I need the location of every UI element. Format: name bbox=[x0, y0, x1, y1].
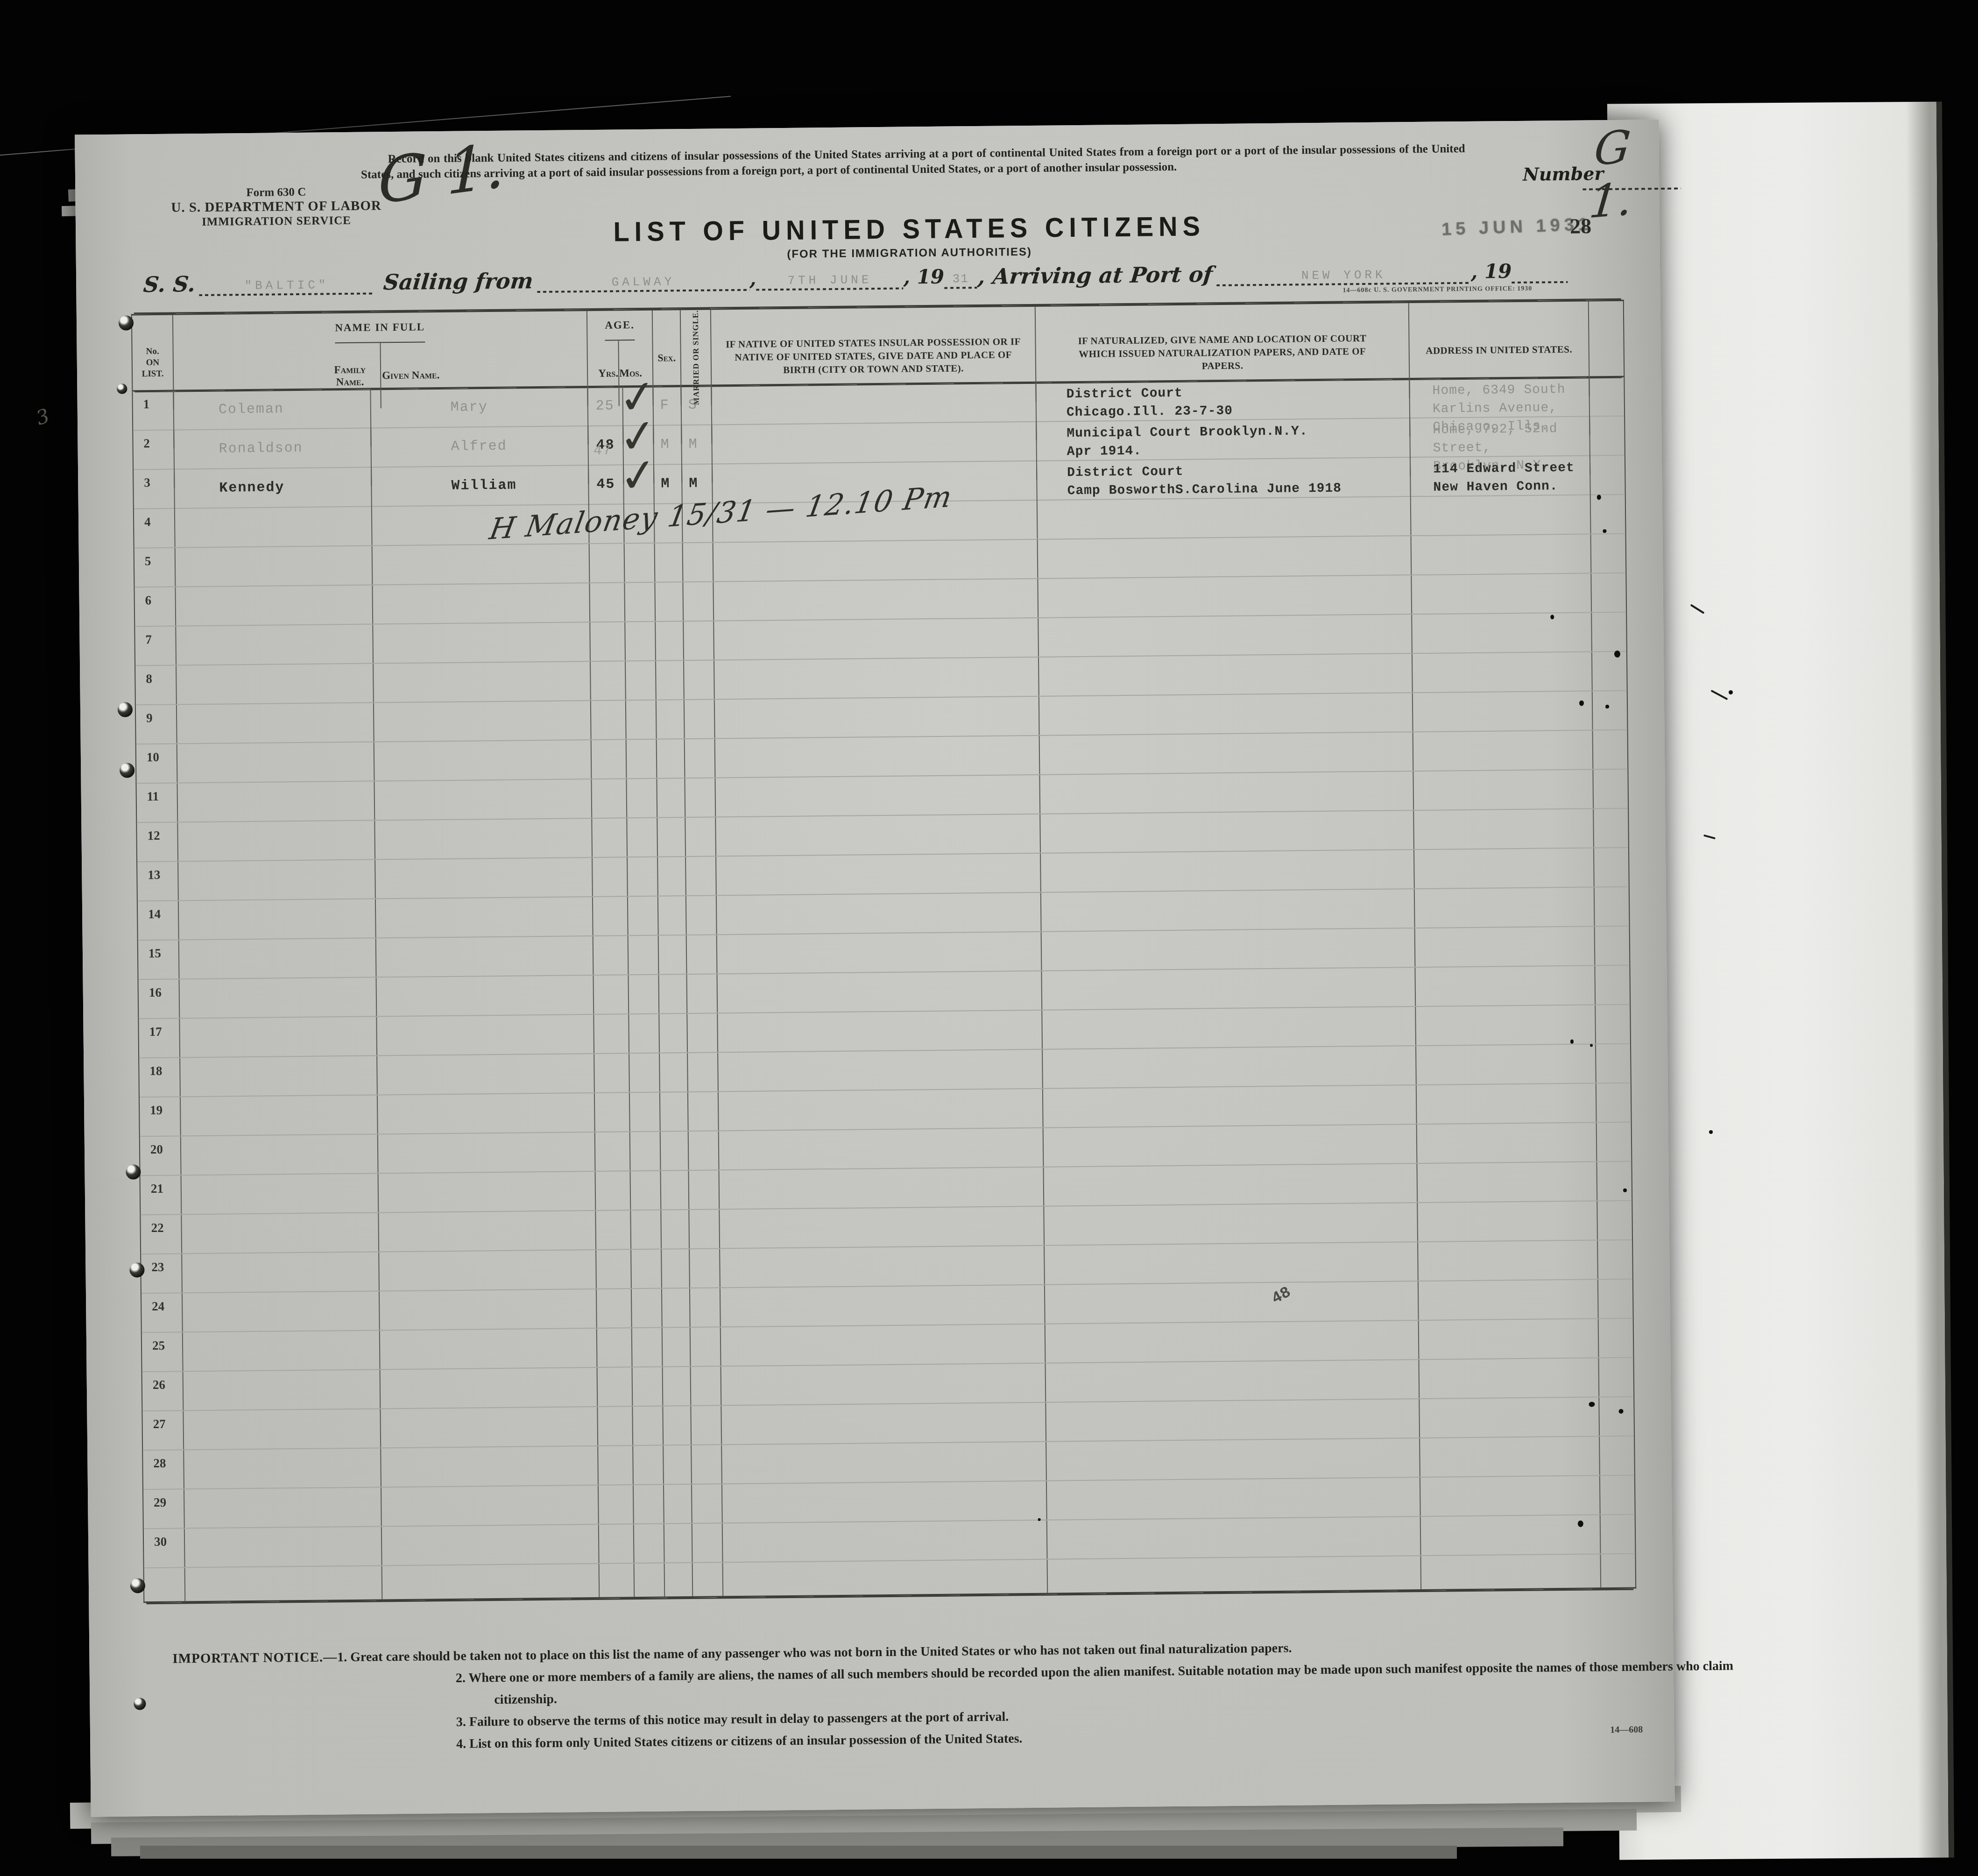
cell-birth bbox=[716, 893, 1041, 934]
cell-married-single bbox=[686, 974, 717, 1013]
cell-court bbox=[1046, 1438, 1420, 1480]
cell-family-name bbox=[179, 1017, 376, 1057]
cell-age-mos bbox=[629, 1132, 660, 1171]
cell-married-single bbox=[684, 700, 714, 738]
cell-court bbox=[1045, 1321, 1419, 1363]
cell-birth bbox=[721, 1403, 1046, 1444]
cell-given-name: William bbox=[371, 466, 588, 507]
cell-address bbox=[1410, 495, 1590, 535]
cell-family-name bbox=[182, 1291, 379, 1331]
row-number: 8 bbox=[135, 666, 176, 705]
row-number: 30 bbox=[144, 1529, 184, 1567]
cell-birth bbox=[714, 775, 1039, 817]
cell-birth bbox=[721, 1364, 1046, 1405]
cell-birth bbox=[718, 1128, 1043, 1170]
cell-blank bbox=[1593, 809, 1627, 848]
cell-address bbox=[1413, 809, 1593, 849]
comma: , bbox=[749, 267, 756, 291]
row-number: 9 bbox=[136, 705, 177, 744]
cell-birth bbox=[714, 736, 1039, 778]
cell-court bbox=[1043, 1164, 1417, 1206]
cell-age-mos: ✓ bbox=[623, 465, 654, 505]
row-number: 20 bbox=[140, 1136, 181, 1175]
cell-age-yrs bbox=[593, 1054, 629, 1092]
cell-court bbox=[1037, 536, 1411, 578]
cell-married-single bbox=[687, 1092, 718, 1131]
department-name: U. S. DEPARTMENT OF LABOR bbox=[141, 198, 412, 216]
cell-court: District Court Camp BosworthS.Carolina J… bbox=[1036, 458, 1410, 501]
cell-married-single bbox=[682, 543, 713, 581]
cell-blank bbox=[1589, 456, 1624, 496]
cell-court bbox=[1046, 1517, 1420, 1559]
cell-court bbox=[1039, 732, 1413, 774]
cell-address bbox=[1418, 1319, 1598, 1359]
cell-age-mos bbox=[633, 1524, 664, 1563]
cell-court bbox=[1039, 811, 1413, 853]
cell-family-name bbox=[179, 1056, 377, 1096]
cell-court bbox=[1042, 1046, 1416, 1088]
cell-given-name bbox=[374, 819, 592, 859]
cell-address bbox=[1417, 1240, 1597, 1281]
cell-birth bbox=[717, 1011, 1042, 1052]
cell-address bbox=[1413, 770, 1593, 810]
cell-sex bbox=[658, 975, 686, 1013]
cell-birth bbox=[713, 618, 1038, 660]
row-number: 10 bbox=[136, 744, 177, 783]
row-number: 27 bbox=[142, 1411, 183, 1450]
cell-given-name bbox=[376, 1054, 594, 1094]
cell-sex bbox=[660, 1171, 689, 1210]
cell-sex bbox=[663, 1445, 691, 1484]
cell-address bbox=[1416, 1123, 1597, 1163]
cell-age-mos bbox=[626, 740, 657, 779]
cell-sex bbox=[660, 1210, 689, 1249]
cell-given-name bbox=[372, 544, 589, 584]
cell-sex bbox=[657, 857, 685, 896]
cell-married-single bbox=[691, 1445, 721, 1484]
cell-age-mos bbox=[627, 857, 657, 896]
cell-age-mos bbox=[630, 1211, 661, 1249]
cell-family-name bbox=[175, 585, 372, 625]
cell-family-name bbox=[174, 507, 372, 547]
year-printed-1: , 19 bbox=[903, 265, 944, 290]
cell-age-yrs: 45 bbox=[588, 465, 623, 505]
cell-family-name bbox=[177, 860, 375, 900]
cell-married-single bbox=[688, 1210, 719, 1248]
cell-blank bbox=[1599, 1437, 1633, 1475]
cell-sex bbox=[655, 622, 683, 660]
ink-speck bbox=[1038, 1518, 1041, 1521]
cell-sex bbox=[659, 1053, 687, 1092]
cell-court bbox=[1037, 575, 1411, 617]
hole-punch bbox=[129, 1262, 144, 1277]
cell-address bbox=[1412, 691, 1592, 731]
cell-age-yrs bbox=[595, 1171, 630, 1210]
cell-age-mos bbox=[632, 1407, 663, 1445]
row-number: 26 bbox=[142, 1372, 183, 1410]
cell-blank bbox=[1596, 1123, 1631, 1161]
hole-punch bbox=[130, 1578, 145, 1593]
cell-sex bbox=[656, 739, 685, 778]
ink-speck bbox=[1570, 1040, 1574, 1044]
cell-address bbox=[1417, 1201, 1597, 1241]
cell-blank bbox=[1590, 573, 1625, 612]
cell-given-name bbox=[381, 1486, 598, 1526]
cell-age-yrs bbox=[590, 701, 626, 739]
cell-address bbox=[1419, 1437, 1599, 1477]
cell-given-name bbox=[379, 1329, 597, 1369]
cell-court bbox=[1044, 1281, 1418, 1324]
cell-court bbox=[1042, 1085, 1416, 1127]
cell-birth bbox=[717, 1050, 1042, 1091]
cell-age-yrs bbox=[592, 857, 627, 896]
cell-court bbox=[1045, 1399, 1419, 1441]
cell-age-yrs bbox=[592, 897, 628, 935]
cell-married-single bbox=[692, 1523, 722, 1562]
cell-given-name bbox=[376, 1015, 593, 1055]
table-body: 1ColemanMary25✓FSDistrict Court Chicago.… bbox=[133, 377, 1635, 1569]
cell-birth bbox=[715, 854, 1040, 895]
year-printed-2: , 19 bbox=[1470, 259, 1512, 284]
cell-address bbox=[1416, 1162, 1597, 1202]
cell-age-mos bbox=[629, 1093, 660, 1132]
cell-sex bbox=[658, 1014, 687, 1053]
cell-married-single bbox=[685, 857, 716, 895]
cell-sex bbox=[660, 1132, 688, 1170]
cell-court bbox=[1043, 1203, 1417, 1245]
col-header-court: IF NATURALIZED, GIVE NAME AND LOCATION O… bbox=[1036, 331, 1409, 374]
cell-family-name bbox=[180, 1134, 378, 1175]
cell-age-mos bbox=[631, 1289, 662, 1328]
cell-address bbox=[1419, 1397, 1599, 1437]
cell-given-name bbox=[372, 583, 589, 623]
cell-birth bbox=[713, 579, 1038, 621]
cell-age-mos bbox=[624, 622, 655, 661]
cell-address bbox=[1418, 1280, 1598, 1320]
cell-married-single bbox=[688, 1131, 719, 1170]
cell-address bbox=[1414, 887, 1594, 927]
cell-age-mos bbox=[629, 1054, 659, 1092]
cell-family-name bbox=[176, 664, 373, 704]
cell-married-single bbox=[689, 1249, 720, 1288]
cell-address bbox=[1412, 652, 1592, 692]
cell-blank bbox=[1594, 927, 1629, 965]
row-number: 7 bbox=[135, 627, 176, 665]
sailing-date-field: 7TH JUNE bbox=[756, 266, 903, 291]
row-number: 18 bbox=[139, 1058, 180, 1097]
ink-speck bbox=[1614, 651, 1620, 658]
col-header-address: ADDRESS IN UNITED STATES. bbox=[1419, 342, 1579, 357]
cell-age-mos bbox=[626, 818, 657, 857]
cell-birth bbox=[722, 1521, 1047, 1562]
cell-married-single bbox=[683, 621, 713, 660]
cell-birth bbox=[716, 971, 1041, 1013]
cell-age-yrs bbox=[598, 1524, 634, 1563]
cell-family-name bbox=[181, 1174, 378, 1214]
cell-address bbox=[1413, 730, 1593, 771]
cell-birth bbox=[713, 540, 1038, 581]
cell-age-yrs bbox=[594, 1093, 629, 1132]
cell-blank bbox=[1597, 1280, 1632, 1318]
cell-sex bbox=[664, 1524, 692, 1563]
row-number: 5 bbox=[134, 548, 175, 587]
ink-speck bbox=[1623, 1189, 1627, 1192]
cell-family-name bbox=[183, 1409, 380, 1449]
title-block: LIST OF UNITED STATES CITIZENS (FOR THE … bbox=[258, 207, 1561, 266]
cell-address bbox=[1415, 1005, 1595, 1045]
cell-birth bbox=[713, 658, 1038, 699]
sheet-number: 28 bbox=[1570, 213, 1592, 238]
cell-sex bbox=[656, 779, 685, 817]
cell-court bbox=[1041, 1007, 1415, 1049]
cell-age-yrs bbox=[589, 622, 625, 661]
cell-married-single bbox=[687, 1053, 718, 1091]
cell-age-mos bbox=[632, 1367, 663, 1406]
cell-married-single bbox=[689, 1288, 720, 1327]
cell-family-name bbox=[183, 1448, 381, 1488]
cell-family-name bbox=[178, 899, 375, 939]
cell-court bbox=[1039, 772, 1413, 814]
cell-birth bbox=[714, 697, 1039, 738]
ink-speck bbox=[1550, 615, 1554, 619]
cell-age-yrs bbox=[591, 740, 626, 779]
cell-age-mos bbox=[625, 701, 656, 739]
cell-birth bbox=[719, 1207, 1044, 1248]
cell-age-mos bbox=[624, 544, 655, 582]
cell-married-single bbox=[685, 817, 715, 856]
cell-court bbox=[1044, 1242, 1418, 1284]
cell-age-mos bbox=[627, 897, 658, 935]
ss-label: S. S. bbox=[141, 272, 200, 297]
cell-blank bbox=[1599, 1476, 1634, 1515]
arriving-label: , Arriving at Port of bbox=[976, 262, 1218, 289]
cell-court bbox=[1041, 968, 1415, 1010]
row-number: 16 bbox=[139, 980, 179, 1019]
cell-family-name bbox=[181, 1252, 379, 1292]
ink-speck bbox=[1729, 690, 1733, 694]
cell-married-single bbox=[686, 935, 717, 974]
handwritten-number-value: G 1. bbox=[1587, 118, 1664, 229]
cell-address bbox=[1420, 1515, 1600, 1555]
ink-speck bbox=[1603, 529, 1606, 533]
cell-age-yrs bbox=[593, 1014, 629, 1053]
ink-speck bbox=[1579, 701, 1584, 706]
cell-blank bbox=[1591, 652, 1626, 691]
notice-label: IMPORTANT NOTICE.— bbox=[172, 1649, 337, 1666]
cell-married-single bbox=[684, 739, 715, 778]
cell-address bbox=[1414, 927, 1595, 967]
form-print-code: 14—608 bbox=[1610, 1724, 1643, 1735]
cell-family-name bbox=[184, 1487, 381, 1528]
cell-court bbox=[1038, 693, 1413, 735]
cell-given-name bbox=[374, 858, 592, 898]
cell-sex bbox=[659, 1092, 688, 1131]
cell-blank bbox=[1590, 495, 1625, 534]
cell-blank bbox=[1590, 534, 1625, 573]
cell-blank bbox=[1598, 1358, 1632, 1397]
cell-address bbox=[1411, 573, 1591, 614]
cell-given-name bbox=[380, 1407, 597, 1447]
cell-court bbox=[1040, 889, 1414, 931]
row-number: 24 bbox=[141, 1293, 182, 1332]
cell-age-mos bbox=[628, 1014, 659, 1053]
cell-family-name: Kennedy bbox=[174, 468, 371, 509]
ink-speck bbox=[1597, 495, 1601, 500]
cell-family-name bbox=[184, 1527, 381, 1567]
col-header-sex: Sex. bbox=[657, 352, 676, 364]
col-header-no-on-list: No. ON LIST. bbox=[141, 346, 163, 380]
row-number: 15 bbox=[138, 941, 179, 979]
cell-blank bbox=[1594, 966, 1629, 1005]
cell-age-yrs bbox=[590, 661, 625, 700]
cell-family-name bbox=[176, 703, 374, 743]
cell-married-single bbox=[683, 660, 714, 699]
row-number: 25 bbox=[142, 1332, 183, 1371]
cell-birth bbox=[718, 1089, 1043, 1131]
cell-age-mos bbox=[628, 936, 658, 975]
cell-age-yrs bbox=[598, 1485, 633, 1524]
cell-family-name bbox=[178, 938, 376, 978]
row-number: 22 bbox=[141, 1215, 181, 1253]
cell-family-name bbox=[177, 821, 374, 861]
cell-court bbox=[1040, 850, 1414, 892]
ink-speck bbox=[1618, 1409, 1623, 1414]
cell-address bbox=[1420, 1476, 1600, 1516]
cell-sex bbox=[661, 1249, 689, 1288]
cell-blank bbox=[1598, 1397, 1633, 1436]
row-number: 4 bbox=[134, 509, 175, 548]
cell-age-mos bbox=[632, 1446, 663, 1485]
hole-punch bbox=[118, 702, 133, 717]
hole-punch bbox=[126, 1164, 141, 1179]
cell-married-single bbox=[690, 1366, 721, 1405]
cell-age-mos bbox=[626, 779, 657, 818]
notice-items: 2. Where one or more members of a family… bbox=[173, 1655, 1715, 1758]
row-number: 12 bbox=[137, 823, 177, 862]
row-number: 17 bbox=[139, 1019, 179, 1058]
cell-court bbox=[1038, 615, 1412, 657]
cell-blank bbox=[1592, 770, 1627, 808]
col-header-age: AGE. bbox=[605, 311, 635, 341]
cell-given-name bbox=[373, 662, 590, 702]
cell-blank bbox=[1594, 887, 1628, 926]
cell-age-yrs bbox=[591, 818, 627, 857]
cell-given-name bbox=[375, 936, 593, 977]
cell-given-name bbox=[376, 976, 593, 1016]
cell-given-name bbox=[373, 701, 591, 741]
cell-given-name bbox=[380, 1368, 597, 1408]
cell-given-name bbox=[378, 1250, 596, 1290]
cell-family-name bbox=[180, 1095, 377, 1135]
cell-married-single bbox=[684, 778, 715, 817]
ink-speck bbox=[1709, 1130, 1713, 1134]
row-number: 29 bbox=[143, 1489, 184, 1528]
cell-blank bbox=[1596, 1162, 1631, 1201]
record-instructions-paragraph: Record on this blank United States citiz… bbox=[361, 141, 1466, 183]
cell-blank bbox=[1595, 1005, 1629, 1044]
row-number: 28 bbox=[143, 1450, 184, 1489]
cell-sex bbox=[661, 1288, 690, 1327]
cell-age-yrs bbox=[597, 1367, 632, 1406]
sailing-port-field: GALWAY bbox=[537, 268, 749, 293]
row-number: 3 bbox=[134, 470, 174, 510]
cell-birth bbox=[721, 1442, 1046, 1484]
cell-given-name bbox=[377, 1133, 595, 1173]
cell-age-mos bbox=[631, 1328, 662, 1367]
hole-punch bbox=[119, 315, 134, 330]
cell-age-mos bbox=[624, 583, 655, 622]
cell-family-name bbox=[183, 1370, 380, 1410]
cell-address bbox=[1415, 1044, 1596, 1084]
cell-age-yrs bbox=[596, 1328, 632, 1367]
cell-given-name bbox=[375, 897, 593, 937]
cell-sex bbox=[655, 661, 684, 700]
cell-family-name bbox=[179, 977, 376, 1018]
cell-married-single bbox=[686, 1013, 717, 1052]
cell-age-yrs bbox=[595, 1250, 631, 1288]
cell-birth bbox=[716, 932, 1041, 974]
cell-address bbox=[1411, 534, 1591, 574]
cell-blank bbox=[1596, 1083, 1630, 1122]
cell-age-yrs bbox=[593, 936, 628, 975]
sailing-from-label: Sailing from bbox=[373, 269, 538, 294]
cell-sex bbox=[656, 700, 684, 739]
stacked-sheet-edge bbox=[140, 1846, 1457, 1859]
cell-age-yrs bbox=[589, 583, 624, 622]
gpo-print-note: 14—608c U. S. GOVERNMENT PRINTING OFFICE… bbox=[1342, 285, 1532, 295]
cell-court bbox=[1038, 654, 1412, 696]
cell-age-yrs bbox=[594, 1132, 630, 1171]
cell-sex bbox=[662, 1406, 691, 1445]
cell-court bbox=[1046, 1478, 1420, 1520]
cell-birth bbox=[719, 1246, 1044, 1288]
cell-married-single bbox=[690, 1406, 721, 1444]
cell-birth bbox=[720, 1285, 1045, 1327]
cell-address bbox=[1414, 966, 1595, 1006]
important-notice: IMPORTANT NOTICE.—1. Great care should b… bbox=[172, 1633, 1714, 1758]
cell-age-yrs bbox=[591, 779, 626, 818]
cell-given-name bbox=[380, 1446, 598, 1487]
row-number: 14 bbox=[138, 901, 178, 940]
cell-address bbox=[1411, 613, 1591, 653]
row-number: 6 bbox=[134, 588, 175, 626]
cell-address bbox=[1418, 1358, 1598, 1398]
cell-address bbox=[1413, 848, 1594, 888]
row-number: 23 bbox=[141, 1254, 182, 1293]
cell-court bbox=[1041, 928, 1415, 970]
cell-blank bbox=[1591, 613, 1625, 651]
cell-age-mos bbox=[630, 1250, 661, 1288]
cell-age-mos bbox=[630, 1171, 661, 1210]
row-number: 11 bbox=[137, 784, 177, 822]
cell-blank bbox=[1598, 1319, 1632, 1358]
cell-age-mos bbox=[633, 1485, 664, 1524]
arrival-port-field: NEW YORK bbox=[1216, 261, 1470, 286]
cell-age-mos bbox=[625, 661, 656, 700]
cell-sex bbox=[663, 1485, 692, 1523]
cell-blank bbox=[1597, 1240, 1632, 1279]
cell-blank bbox=[1600, 1515, 1634, 1554]
cell-married-single bbox=[685, 896, 716, 934]
cell-family-name bbox=[182, 1331, 380, 1371]
table-header: No. ON LIST. NAME IN FULL Family Name. G… bbox=[132, 301, 1624, 392]
cell-family-name bbox=[181, 1213, 378, 1253]
hole-punch bbox=[134, 1698, 146, 1710]
cell-married-single bbox=[682, 582, 713, 621]
cell-given-name bbox=[378, 1172, 595, 1212]
cell-sex bbox=[654, 582, 683, 621]
row-number: 19 bbox=[140, 1097, 180, 1136]
